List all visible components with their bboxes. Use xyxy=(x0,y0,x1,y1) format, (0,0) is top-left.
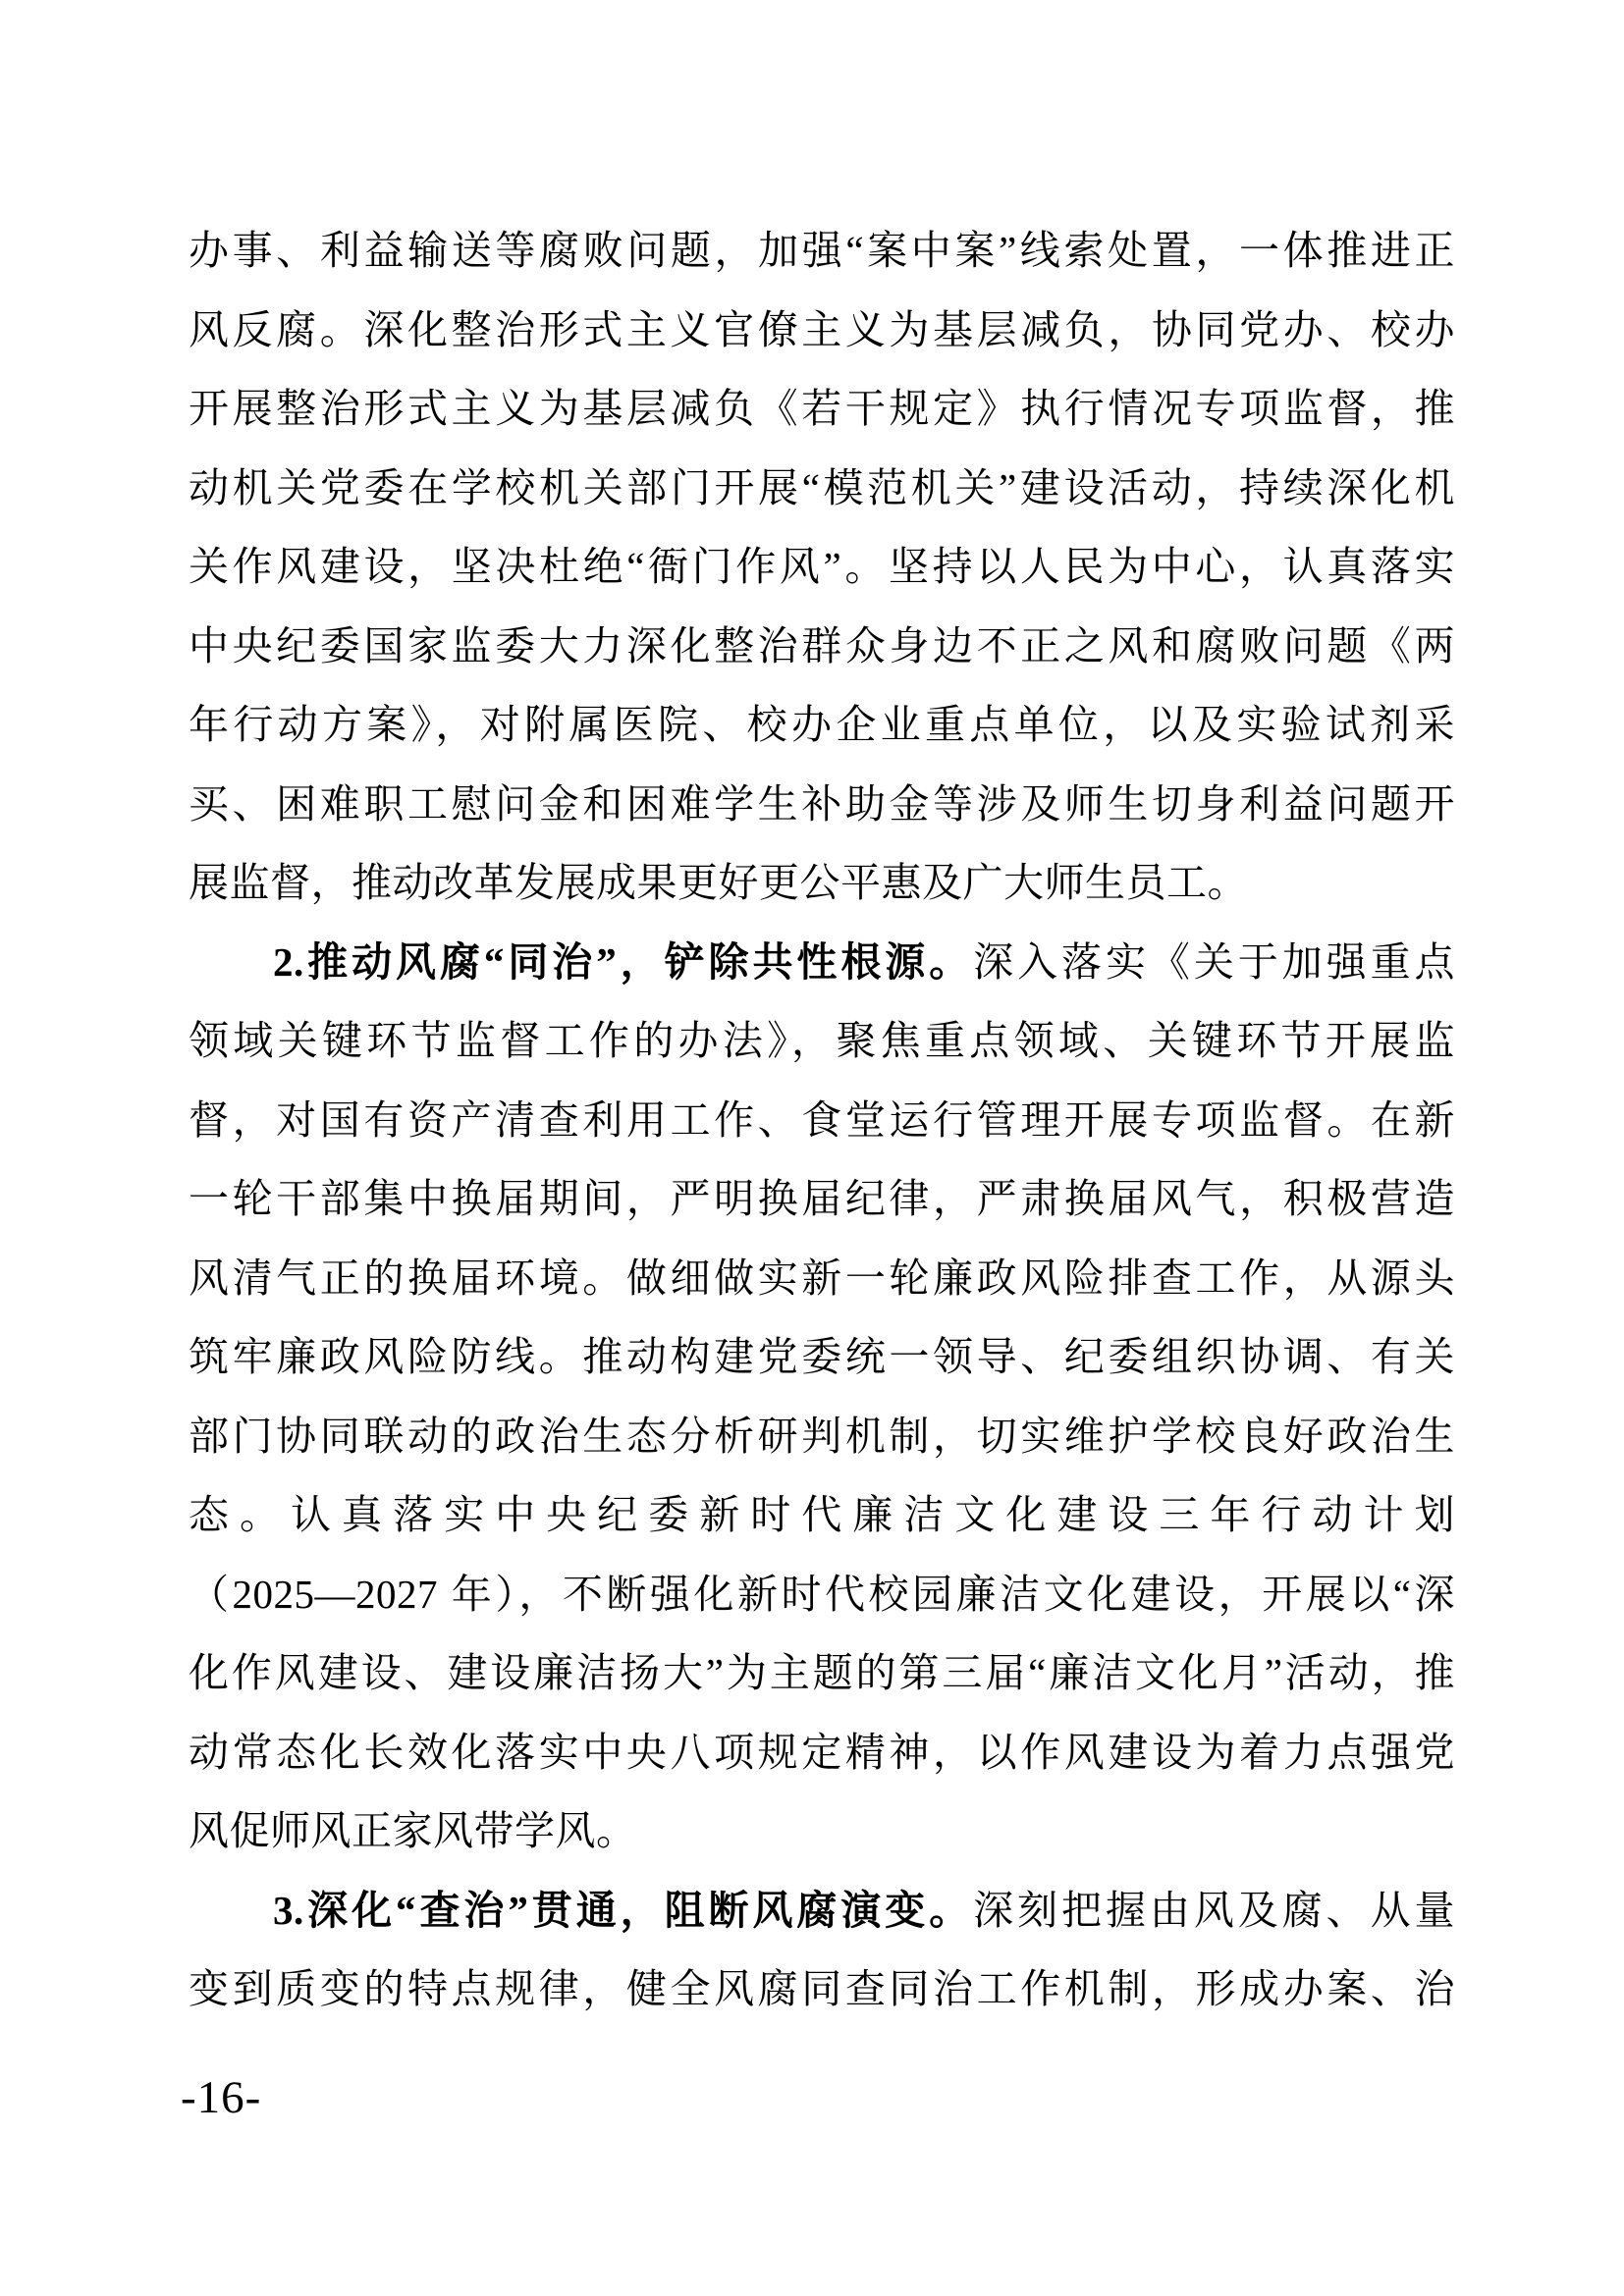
text-line: 风清气正的换届环境。做细做实新一轮廉政风险排查工作，从源头 xyxy=(189,1239,1455,1318)
text-line: 筑牢廉政风险防线。推动构建党委统一领导、纪委组织协调、有关 xyxy=(189,1317,1455,1397)
paragraph-heading-run: 2.推动风腐“同治”，铲除共性根源。 xyxy=(273,939,973,985)
text-line: 部门协同联动的政治生态分析研判机制，切实维护学校良好政治生 xyxy=(189,1397,1455,1476)
text-line: 中央纪委国家监委大力深化整治群众身边不正之风和腐败问题《两 xyxy=(189,607,1455,686)
text-line: 年行动方案》，对附属医院、校办企业重点单位，以及实验试剂采 xyxy=(189,685,1455,765)
text-line: 动机关党委在学校机关部门开展“模范机关”建设活动，持续深化机 xyxy=(189,449,1455,528)
text-line-paragraph-start: 2.推动风腐“同治”，铲除共性根源。深入落实《关于加强重点 xyxy=(189,923,1455,1002)
text-line: （2025—2027 年），不断强化新时代校园廉洁文化建设，开展以“深 xyxy=(189,1555,1455,1634)
text-line-paragraph-start: 3.深化“查治”贯通，阻断风腐演变。深刻把握由风及腐、从量 xyxy=(189,1871,1455,1950)
text-line: 化作风建设、建设廉洁扬大”为主题的第三届“廉洁文化月”活动，推 xyxy=(189,1633,1455,1713)
text-line: 风反腐。深化整治形式主义官僚主义为基层减负，协同党办、校办 xyxy=(189,291,1455,370)
text-line: 态。认真落实中央纪委新时代廉洁文化建设三年行动计划 xyxy=(189,1475,1455,1555)
document-page: 办事、利益输送等腐败问题，加强“案中案”线索处置，一体推进正 风反腐。深化整治形… xyxy=(0,0,1624,2296)
text-line: 展监督，推动改革发展成果更好更公平惠及广大师生员工。 xyxy=(189,843,1455,923)
text-line: 领域关键环节监督工作的办法》，聚焦重点领域、关键环节开展监 xyxy=(189,1001,1455,1081)
body-text: 办事、利益输送等腐败问题，加强“案中案”线索处置，一体推进正 风反腐。深化整治形… xyxy=(189,211,1455,2029)
paragraph-heading-run: 3.深化“查治”贯通，阻断风腐演变。 xyxy=(273,1888,973,1933)
text-line: 关作风建设，坚决杜绝“衙门作风”。坚持以人民为中心，认真落实 xyxy=(189,527,1455,607)
page-number: -16- xyxy=(181,2075,261,2121)
line-text-run: 深入落实《关于加强重点 xyxy=(973,939,1455,985)
text-line: 买、困难职工慰问金和困难学生补助金等涉及师生切身利益问题开 xyxy=(189,765,1455,844)
text-line: 一轮干部集中换届期间，严明换届纪律，严肃换届风气，积极营造 xyxy=(189,1159,1455,1239)
text-line: 督，对国有资产清查利用工作、食堂运行管理开展专项监督。在新 xyxy=(189,1081,1455,1160)
text-line: 风促师风正家风带学风。 xyxy=(189,1791,1455,1871)
text-line: 动常态化长效化落实中央八项规定精神，以作风建设为着力点强党 xyxy=(189,1713,1455,1792)
text-line: 开展整治形式主义为基层减负《若干规定》执行情况专项监督，推 xyxy=(189,369,1455,449)
line-text-run: 深刻把握由风及腐、从量 xyxy=(973,1888,1455,1933)
text-line: 办事、利益输送等腐败问题，加强“案中案”线索处置，一体推进正 xyxy=(189,211,1455,291)
text-line: 变到质变的特点规律，健全风腐同查同治工作机制，形成办案、治 xyxy=(189,1949,1455,2029)
